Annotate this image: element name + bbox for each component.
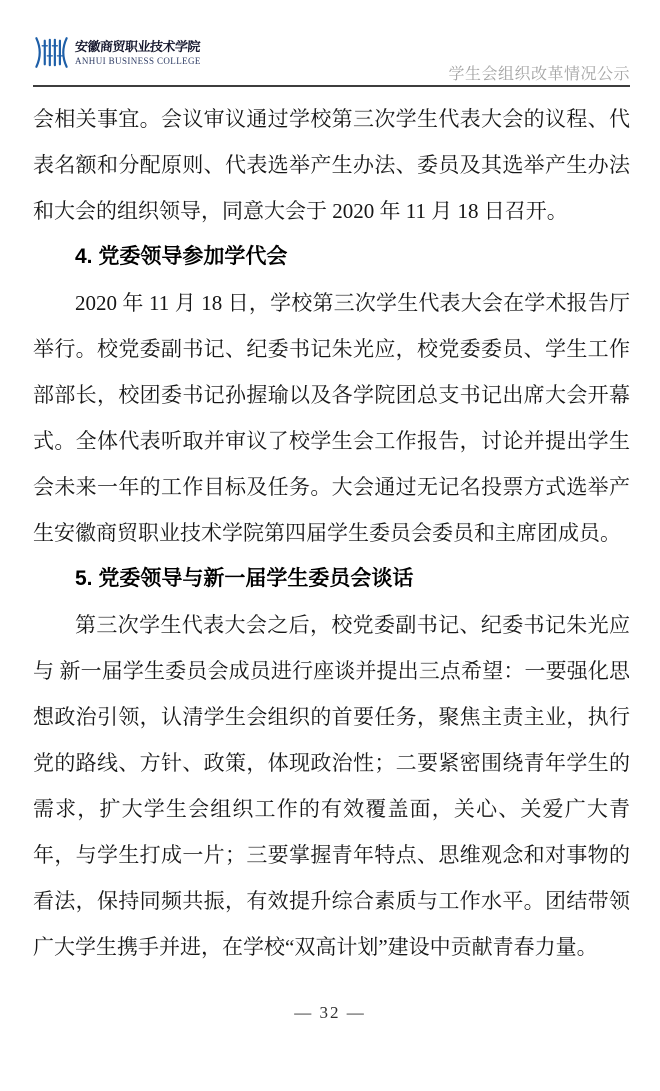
page-number: — 32 — xyxy=(294,1003,366,1022)
college-name-en: ANHUI BUSINESS COLLEGE xyxy=(75,55,201,67)
paragraph-section-5: 第三次学生代表大会之后，校党委副书记、纪委书记朱光应与 新一届学生委员会成员进行… xyxy=(33,602,630,970)
page-header: 安徽商贸职业技术学院 ANHUI BUSINESS COLLEGE 学生会组织改… xyxy=(33,32,630,84)
paragraph-continued: 会相关事宜。会议审议通过学校第三次学生代表大会的议程、代表名额和分配原则、代表选… xyxy=(33,96,630,234)
section-heading-4: 4. 党委领导参加学代会 xyxy=(33,234,630,280)
section-heading-5: 5. 党委领导与新一届学生委员会谈话 xyxy=(33,556,630,602)
book-bars-logo-icon xyxy=(33,34,70,71)
page-footer: — 32 — xyxy=(0,1003,660,1023)
college-name-zh: 安徽商贸职业技术学院 xyxy=(74,38,201,55)
header-divider xyxy=(33,85,630,87)
college-name-block: 安徽商贸职业技术学院 ANHUI BUSINESS COLLEGE xyxy=(75,38,201,67)
document-title: 学生会组织改革情况公示 xyxy=(448,61,630,84)
college-logo: 安徽商贸职业技术学院 ANHUI BUSINESS COLLEGE xyxy=(33,34,201,71)
paragraph-section-4: 2020 年 11 月 18 日，学校第三次学生代表大会在学术报告厅举行。校党委… xyxy=(33,280,630,556)
document-body: 会相关事宜。会议审议通过学校第三次学生代表大会的议程、代表名额和分配原则、代表选… xyxy=(33,96,630,970)
document-page: 安徽商贸职业技术学院 ANHUI BUSINESS COLLEGE 学生会组织改… xyxy=(0,0,660,1091)
